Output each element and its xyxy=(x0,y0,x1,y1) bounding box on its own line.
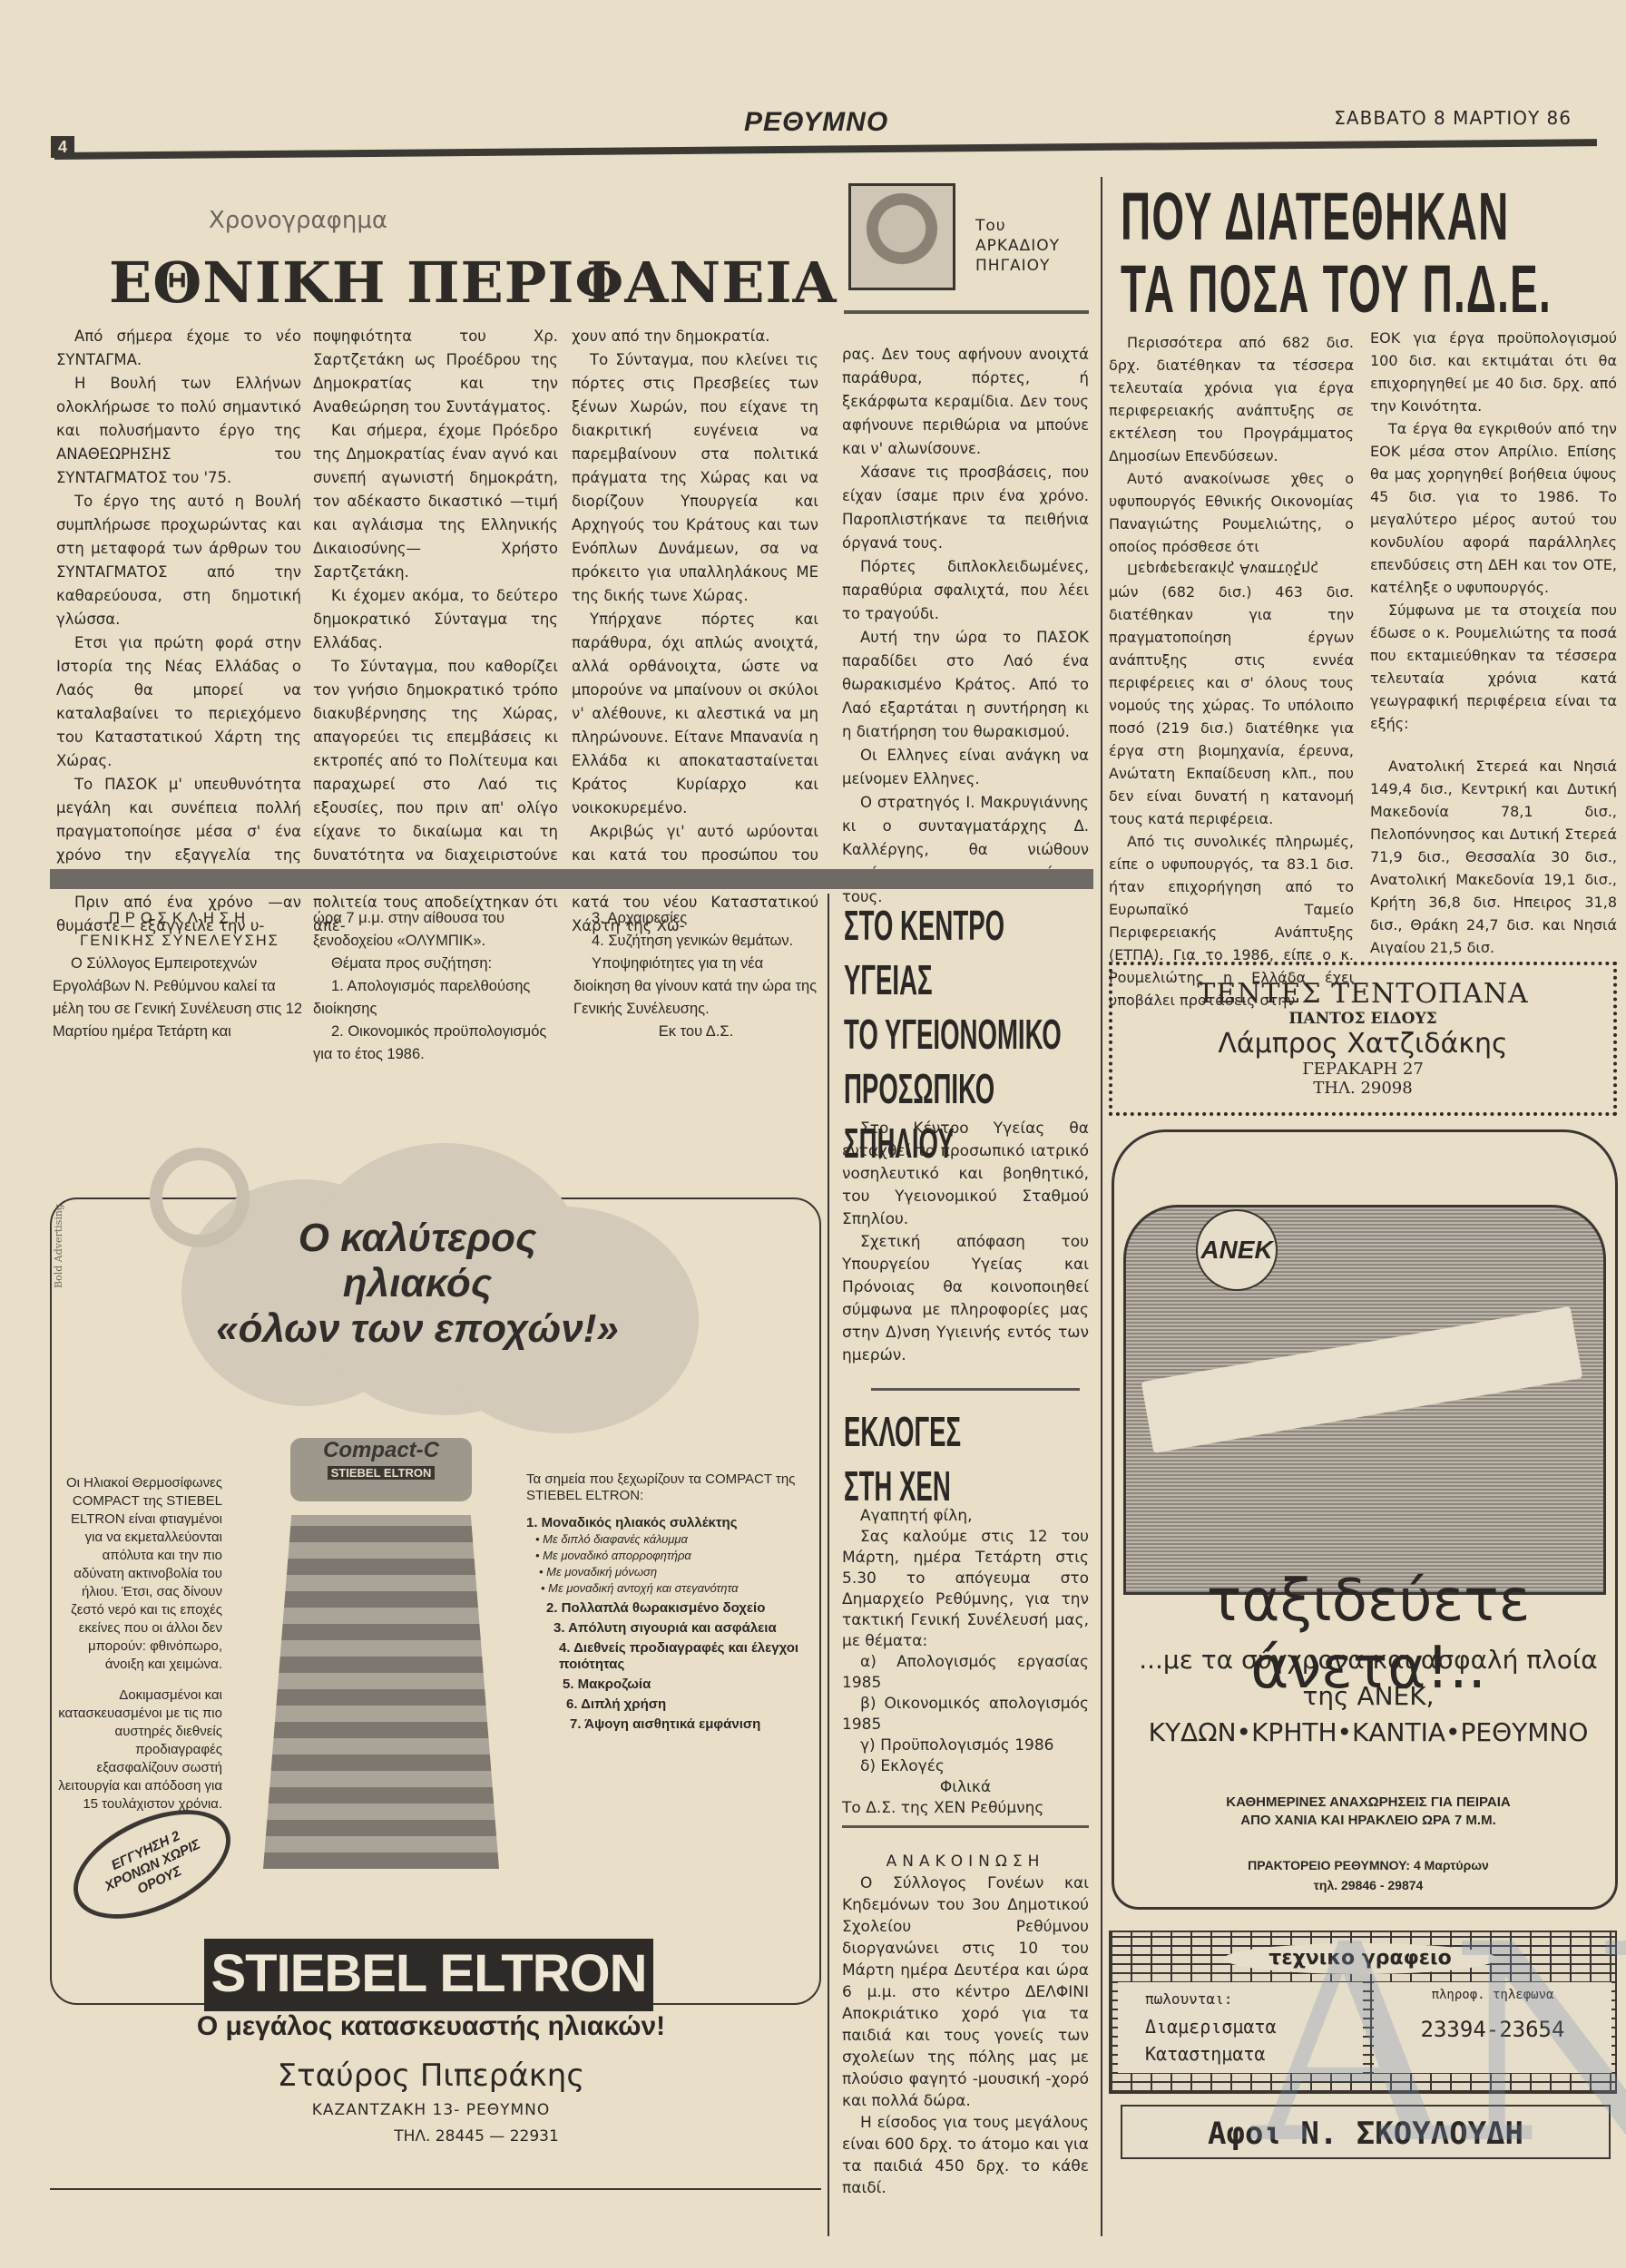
section-divider xyxy=(50,869,1093,889)
anek-logo: ANEK xyxy=(1196,1209,1278,1291)
author-byline: Του ΑΡΚΑΔΙΟΥ ΠΗΓΑΙΟΥ xyxy=(975,216,1060,276)
author-photo xyxy=(848,183,955,290)
pde-title-line1: ΠΟΥ ΔΙΑΤΕΘΗΚΑΝ xyxy=(1121,177,1509,257)
archive-watermark: ΑΝΒΡ xyxy=(1252,1932,1626,2159)
divider xyxy=(871,1388,1080,1391)
article-column-4: ρας. Δεν τους αφήνουν ανοιχτά παράθυρα, … xyxy=(842,343,1089,909)
health-body: Στο Κέντρο Υγείας θα ενταχθεί το προσωπι… xyxy=(842,1118,1089,1367)
article-column-3: χουν από την δημοκρατία. Το Σύνταγμα, πο… xyxy=(572,325,818,938)
stiebel-banner: STIEBEL ELTRON xyxy=(204,1939,653,2011)
pde-column-2: ΕΟΚ για έργα προϋπολογισμού 100 δισ. και… xyxy=(1370,327,1617,959)
byline-rule xyxy=(844,310,1089,314)
announcement: ΑΝΑΚΟΙΝΩΣΗ Ο Σύλλογος Γονέων και Κηδεμόν… xyxy=(842,1851,1089,2199)
invitation-notice: ΠΡΟΣΚΛΗΣΗ ΓΕΝΙΚΗΣ ΣΥΝΕΛΕΥΣΗΣ Ο Σύλλογος … xyxy=(53,907,307,1043)
article-column-2: ποψηφιότητα του Χρ. Σαρτζετάκη ως Προέδρ… xyxy=(313,325,558,938)
article-rubric: Χρονογραφημα xyxy=(209,207,387,234)
stiebel-description: Οι Ηλιακοί Θερμοσίφωνες COMPACT της STIE… xyxy=(54,1474,222,1813)
stiebel-tagline: Ο μεγάλος κατασκευαστής ηλιακών! xyxy=(136,2011,726,2042)
invitation-topics: ώρα 7 μ.μ. στην αίθουσα του ξενοδοχείου … xyxy=(313,907,558,1066)
dateline: ΣΑΒΒΑΤΟ 8 ΜΑΡΤΙΟΥ 86 xyxy=(1334,107,1572,129)
product-tank: Compact-C STIEBEL ELTRON xyxy=(290,1438,472,1501)
ship-hull xyxy=(1141,1306,1583,1453)
ad-tentes: ΤΕΝΤΕΣ ΤΕΝΤΟΠΑΝΑ ΠΑΝΤΟΣ ΕΙΔΟΥΣ Λάμπρος Χ… xyxy=(1109,962,1617,1116)
anek-ships: ΚΥΔΩΝ•ΚΡΗΤΗ•ΚΑΝΤΙΑ•ΡΕΘΥΜΝΟ xyxy=(1132,1717,1604,1747)
ad-anek: ANEK ταξιδεύετε άνετα!.. ...με τα σύγχρο… xyxy=(1112,1129,1618,1910)
dealer-name: Σταύρος Πιπεράκης xyxy=(136,2058,726,2094)
divider xyxy=(842,1825,1089,1828)
article-title: ΕΘΝΙΚΗ ΠΕΡΙΦΑΝΕΙΑ xyxy=(109,249,837,316)
elections-title: ΕΚΛΟΓΕΣ ΣΤΗ ΧΕΝ xyxy=(844,1404,1039,1513)
stiebel-features: Τα σημεία που ξεχωρίζουν τα COMPACT της … xyxy=(526,1471,817,1733)
elections-body: Αγαπητή φίλη, Σας καλούμε στις 12 του Μά… xyxy=(842,1506,1089,1819)
stiebel-headline: Ο καλύτερος ηλιακός «όλων των εποχών!» xyxy=(200,1216,635,1352)
masthead: ΡΕΘΥΜΝΟ xyxy=(744,107,888,138)
solar-collector xyxy=(263,1515,499,1869)
column-divider xyxy=(1101,177,1102,2236)
ship-illustration xyxy=(1123,1205,1606,1595)
pde-title-line2: ΤΑ ΠΟΣΑ ΤΟΥ Π.Δ.Ε. xyxy=(1121,249,1552,329)
header-rule xyxy=(54,139,1597,160)
article-column-1: Από σήμερα έχομε το νέο ΣΥΝΤΑΓΜΑ. Η Βουλ… xyxy=(56,325,301,938)
bottom-rule xyxy=(50,2188,821,2190)
column-divider-mid xyxy=(828,894,829,2236)
invitation-topics-cont: 3. Αρχαιρεσίες 4. Συζήτηση γενικών θεμάτ… xyxy=(573,907,818,1043)
